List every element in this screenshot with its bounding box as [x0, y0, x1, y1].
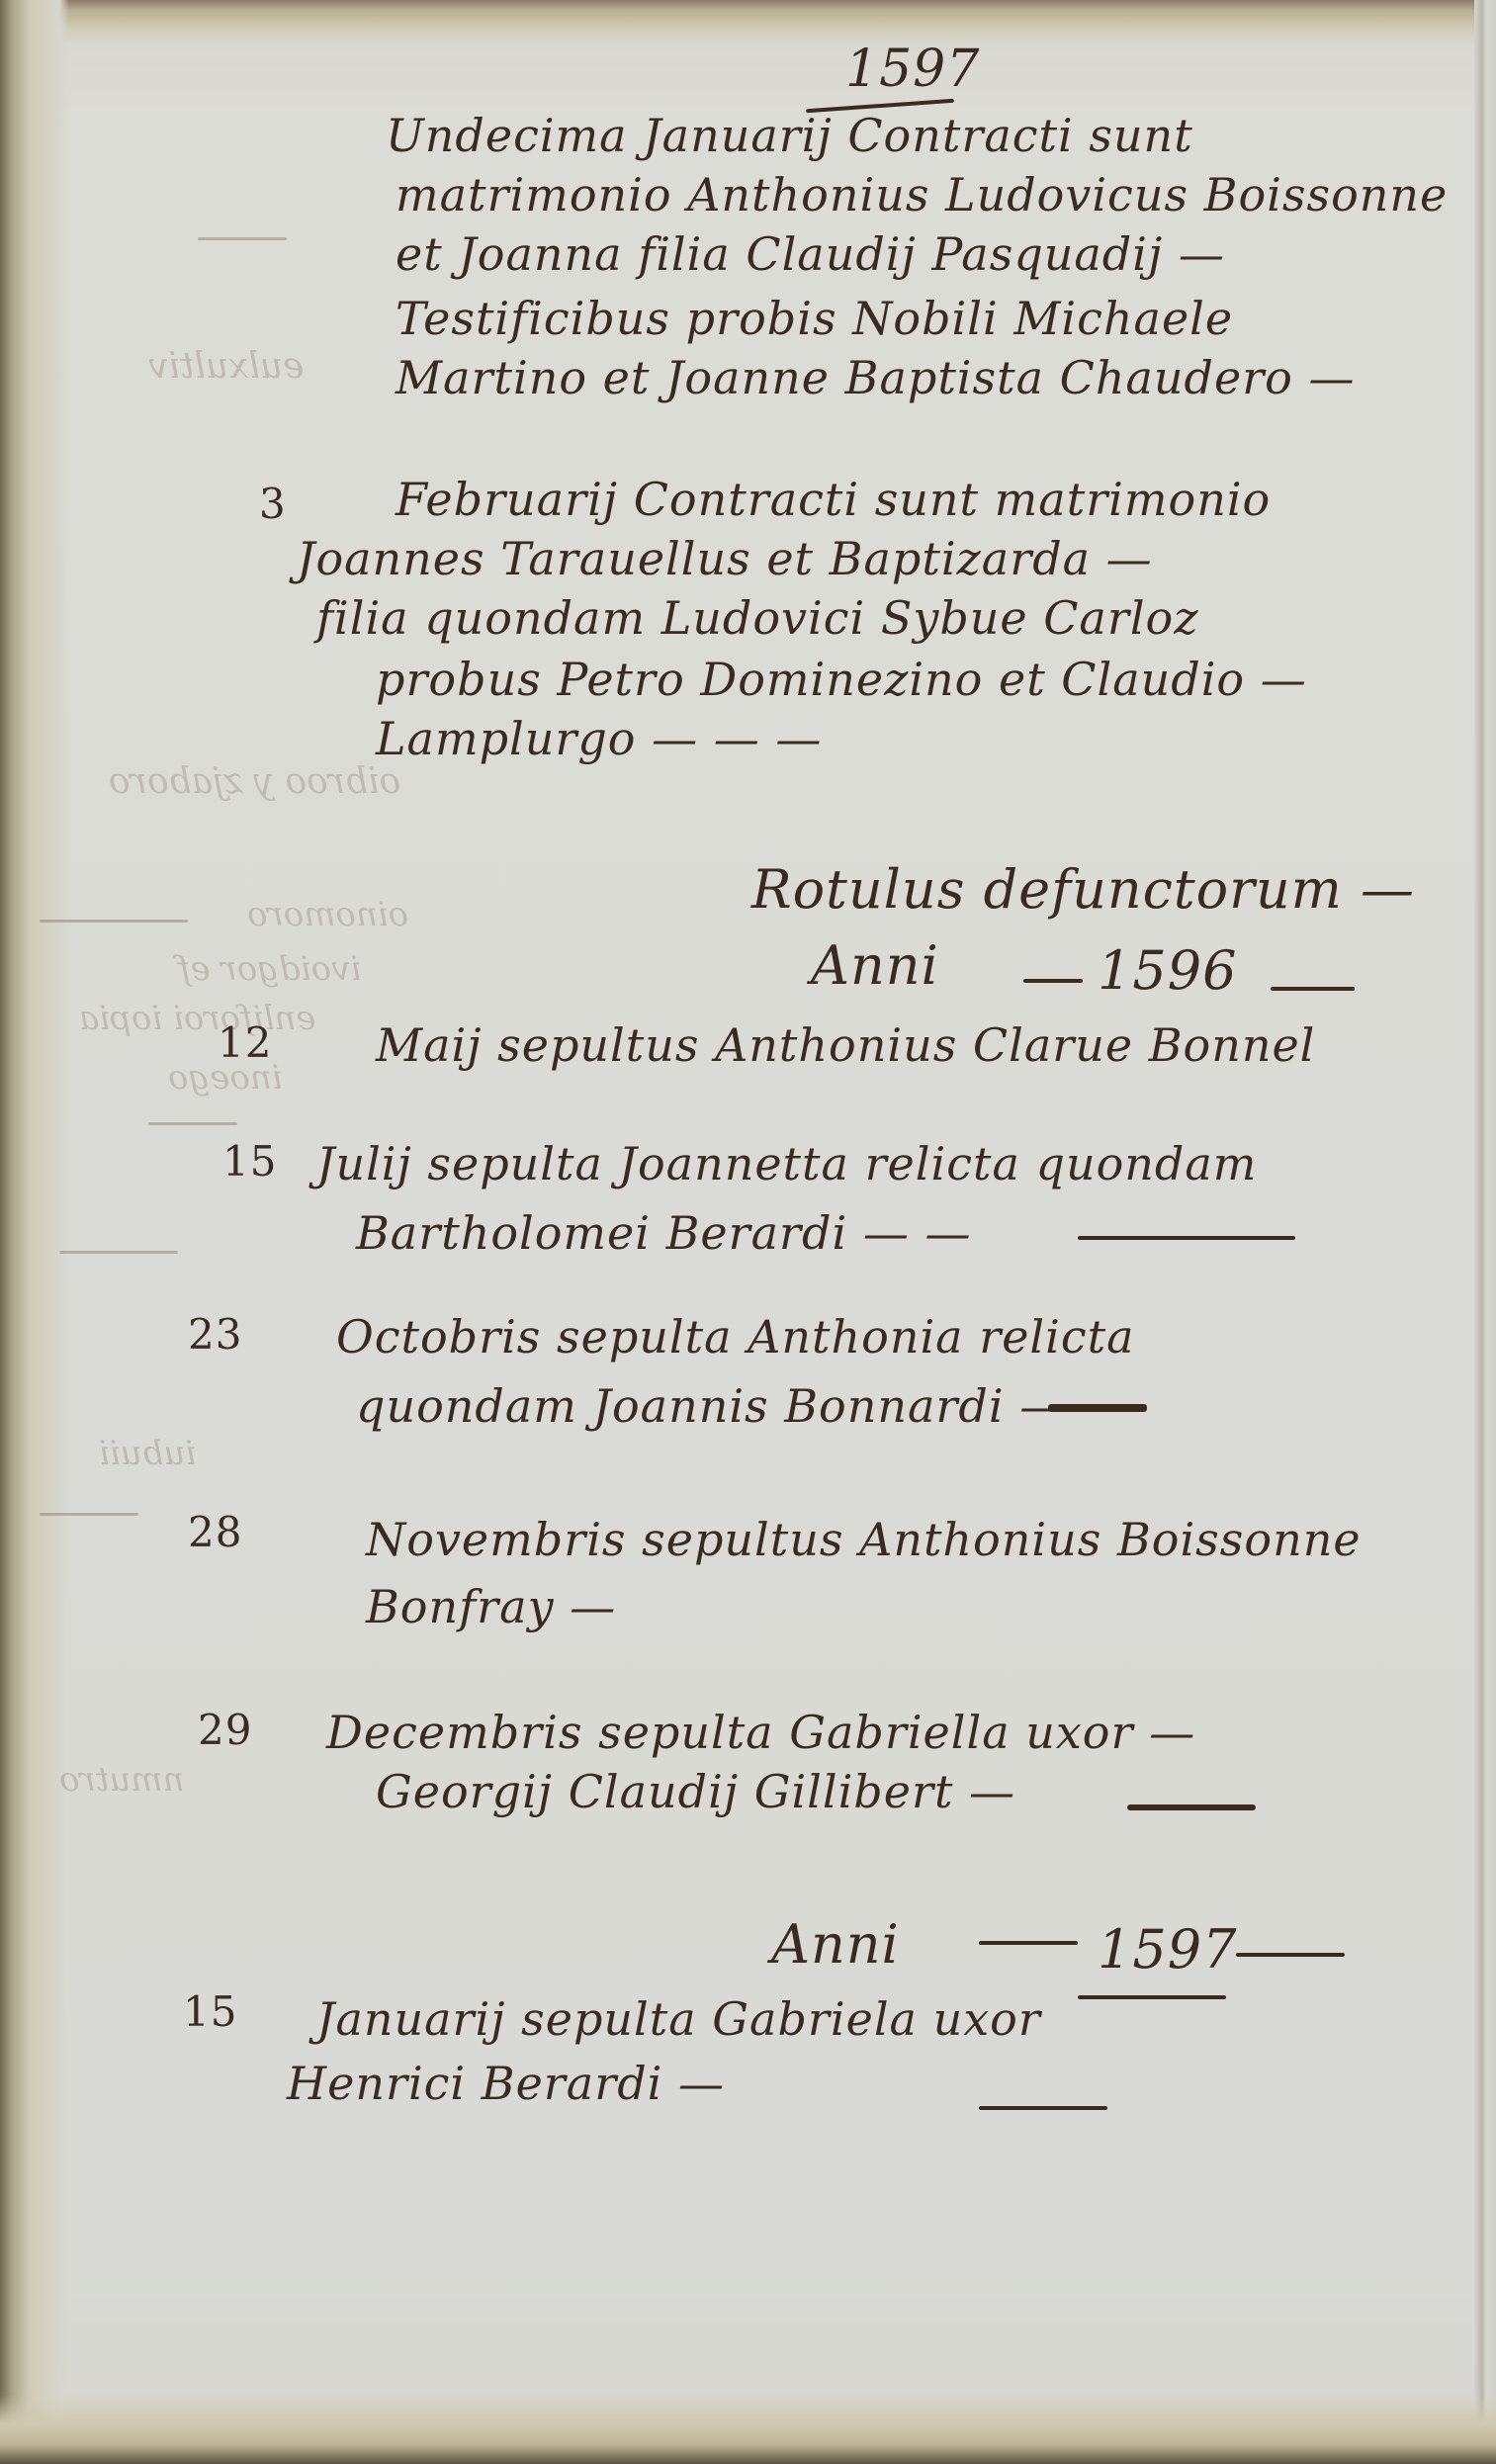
entry-line: Maij sepultus Anthonius Clarue Bonnel	[376, 1018, 1315, 1072]
bleed-through-text: oibroo y zjaboro	[109, 761, 400, 802]
bleed-through-text: enliforoi iopia	[79, 999, 315, 1038]
entry-line: Georgij Claudij Gillibert —	[376, 1765, 1015, 1818]
entry-line: Bartholomei Berardi — —	[356, 1206, 971, 1260]
faint-rule	[148, 1122, 237, 1125]
margin-date: 23	[188, 1310, 242, 1359]
margin-date: 15	[222, 1137, 277, 1186]
entry-line: Testificibus probis Nobili Michaele	[396, 292, 1233, 345]
margin-date: 12	[218, 1018, 272, 1067]
margin-date: 3	[259, 480, 287, 528]
year-value: 1597	[1098, 1918, 1237, 1980]
entry-line: Undecima Januarij Contracti sunt	[386, 109, 1193, 162]
rule	[1236, 1953, 1345, 1957]
margin-date: 29	[198, 1706, 252, 1754]
entry-line: quondam Joannis Bonnardi —	[356, 1379, 1066, 1433]
faint-rule	[40, 1513, 138, 1516]
entry-line: Januarij sepulta Gabriela uxor	[316, 1992, 1041, 2046]
faint-rule	[198, 237, 287, 240]
entry-line: matrimonio Anthonius Ludovicus Boissonne	[396, 168, 1448, 221]
bleed-through-text: iubuii	[99, 1434, 196, 1473]
year-label: Anni	[771, 1913, 900, 1976]
rule	[1271, 987, 1355, 991]
rule	[1023, 979, 1083, 983]
rule	[1078, 1995, 1226, 1999]
rule	[1048, 1404, 1147, 1412]
entry-line: et Joanna filia Claudij Pasquadij —	[396, 227, 1225, 281]
manuscript-page: eulxultiv oibroo y zjaboro oinomoro ivoi…	[0, 0, 1496, 2464]
page-binding-edge	[0, 0, 69, 2464]
rule	[1078, 1236, 1295, 1240]
rule	[979, 1941, 1078, 1945]
margin-date: 15	[183, 1987, 237, 2036]
entry-line: Februarij Contracti sunt matrimonio	[396, 473, 1271, 526]
entry-line: Lamplurgo — — —	[376, 712, 822, 765]
entry-line: Henrici Berardi —	[287, 2057, 725, 2110]
entry-line: Joannes Tarauellus et Baptizarda —	[297, 532, 1153, 585]
entry-line: Martino et Joanne Baptista Chaudero —	[396, 351, 1356, 404]
faint-rule	[59, 1251, 178, 1254]
rule	[979, 2106, 1107, 2110]
rule	[1127, 1804, 1256, 1810]
bleed-through-text: nmutro	[59, 1760, 184, 1800]
entry-line: filia quondam Ludovici Sybue Carloz	[316, 591, 1199, 645]
entry-line: Novembris sepultus Anthonius Boissonne	[366, 1513, 1362, 1566]
entry-line: Bonfray —	[366, 1580, 616, 1633]
entry-line: probus Petro Dominezino et Claudio —	[376, 653, 1307, 706]
page-top-edge	[0, 0, 1496, 44]
entry-line: Octobris sepulta Anthonia relicta	[336, 1310, 1135, 1364]
faint-rule	[40, 920, 188, 923]
page-right-edge	[1474, 0, 1496, 2464]
bleed-through-text: ivoidgor ef	[178, 949, 361, 989]
page-bottom-edge	[0, 2395, 1496, 2464]
section-heading: Rotulus defunctorum —	[751, 858, 1415, 921]
bleed-through-text: eulxultiv	[148, 346, 304, 387]
year-label: Anni	[811, 934, 939, 997]
year-value: 1596	[1098, 939, 1237, 1002]
page-header-year: 1597	[845, 40, 980, 99]
entry-line: Julij sepulta Joannetta relicta quondam	[316, 1137, 1257, 1190]
entry-line: Decembris sepulta Gabriella uxor —	[326, 1706, 1195, 1759]
margin-date: 28	[188, 1508, 242, 1556]
bleed-through-text: oinomoro	[247, 895, 408, 934]
